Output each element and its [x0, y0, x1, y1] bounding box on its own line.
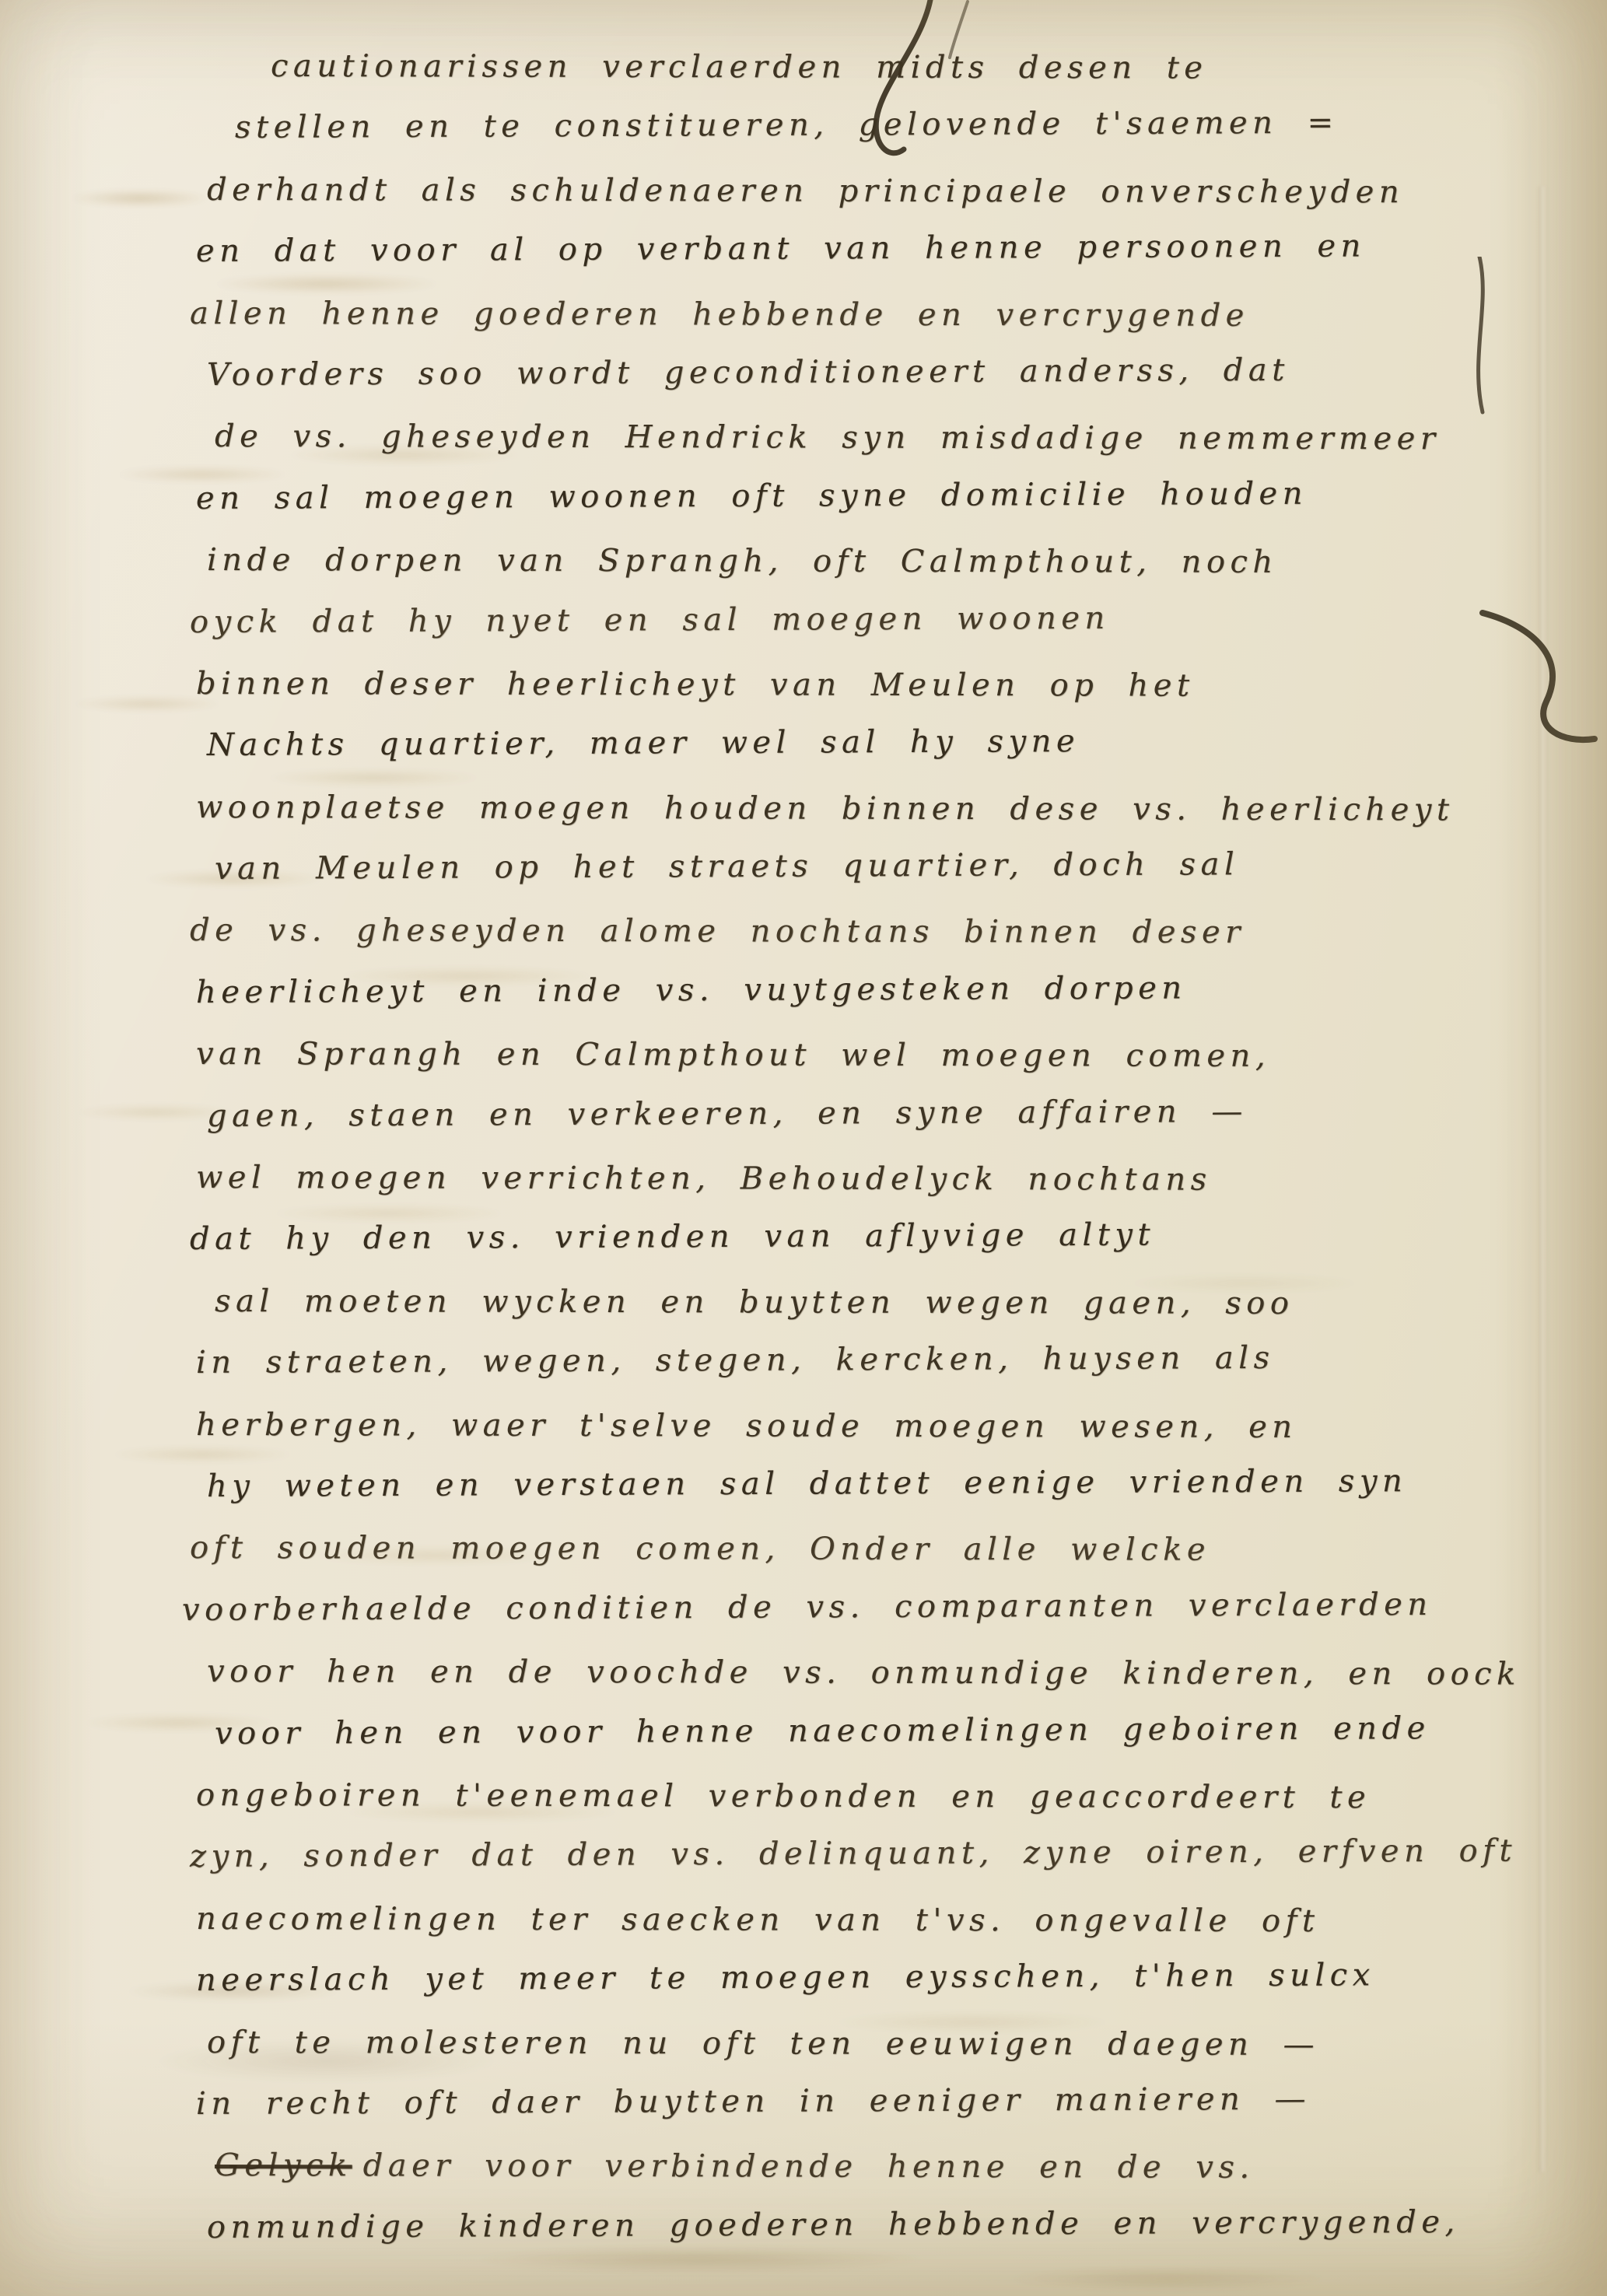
text-line: sal moeten wycken en buytten wegen gaen,… [215, 1271, 1565, 1335]
text-line: hy weten en verstaen sal dattet eenige v… [207, 1450, 1565, 1517]
text-line: van Sprangh en Calmpthout wel moegen com… [196, 1024, 1565, 1088]
text-line: oft souden moegen comen, Onder alle welc… [190, 1517, 1565, 1582]
text-line: cautionarissen verclaerden midts desen t… [271, 36, 1565, 100]
text-line: derhandt als schuldenaeren principaele o… [207, 159, 1565, 224]
text-line: en sal moegen woonen oft syne domicilie … [196, 462, 1565, 530]
text-line: stellen en te constitueren, gelovende t'… [235, 92, 1565, 159]
text-line: van Meulen op het straets quartier, doch… [215, 833, 1565, 901]
text-line: in straeten, wegen, stegen, kercken, huy… [196, 1327, 1565, 1395]
text-line: voorberhaelde conditien de vs. comparant… [182, 1573, 1565, 1641]
text-line: wel moegen verrichten, Behoudelyck nocht… [196, 1147, 1565, 1212]
struck-word: Gelyck [215, 2147, 352, 2183]
manuscript-page: cautionarissen verclaerden midts desen t… [0, 0, 1607, 2296]
text-line: ongeboiren t'eenemael verbonden en geacc… [196, 1765, 1565, 1829]
text-line: oft te molesteren nu oft ten eeuwigen da… [207, 2012, 1565, 2077]
text-line: de vs. gheseyden Hendrick syn misdadige … [215, 406, 1565, 471]
scanned-manuscript: { "document": { "kind": "handwritten man… [0, 0, 1607, 2296]
text-line: in recht oft daer buytten in eeniger man… [196, 2067, 1565, 2135]
text-line: zyn, sonder dat den vs. delinquant, zyne… [190, 1821, 1565, 1888]
text-line: woonplaetse moegen houden binnen dese vs… [196, 777, 1565, 842]
text-line: voor hen en de voochde vs. onmundige kin… [207, 1641, 1565, 1706]
text-line: onmundige kinderen goederen hebbende en … [207, 2191, 1565, 2259]
text-line: Gelyckdaer voor verbindende henne en de … [215, 2135, 1565, 2200]
text-line: gaen, staen en verkeeren, en syne affair… [207, 1080, 1565, 1147]
text-line: allen henne goederen hebbende en vercryg… [190, 283, 1565, 348]
text-line: Nachts quartier, maer wel sal hy syne [207, 709, 1565, 777]
text-line: binnen deser heerlicheyt van Meulen op h… [196, 653, 1565, 718]
text-line: heerlicheyt en inde vs. vuytgesteken dor… [196, 956, 1565, 1024]
text-line: Voorders soo wordt geconditioneert ander… [207, 338, 1565, 406]
text-line: dat hy den vs. vrienden van aflyvige alt… [190, 1203, 1565, 1271]
text-line: oyck dat hy nyet en sal moegen woonen [190, 586, 1565, 653]
text-line: neerslach yet meer te moegen eysschen, t… [196, 1944, 1565, 2011]
text-line: voor hen en voor henne naecomelingen geb… [215, 1697, 1565, 1765]
text-line: en dat voor al op verbant van henne pers… [196, 215, 1565, 282]
manuscript-text: cautionarissen verclaerden midts desen t… [196, 36, 1565, 2259]
text-line: de vs. gheseyden alome nochtans binnen d… [190, 900, 1565, 964]
text-line: naecomelingen ter saecken van t'vs. onge… [196, 1888, 1565, 1953]
text-line: inde dorpen van Sprangh, oft Calmpthout,… [207, 530, 1565, 594]
text-line: herbergen, waer t'selve soude moegen wes… [196, 1395, 1565, 1459]
